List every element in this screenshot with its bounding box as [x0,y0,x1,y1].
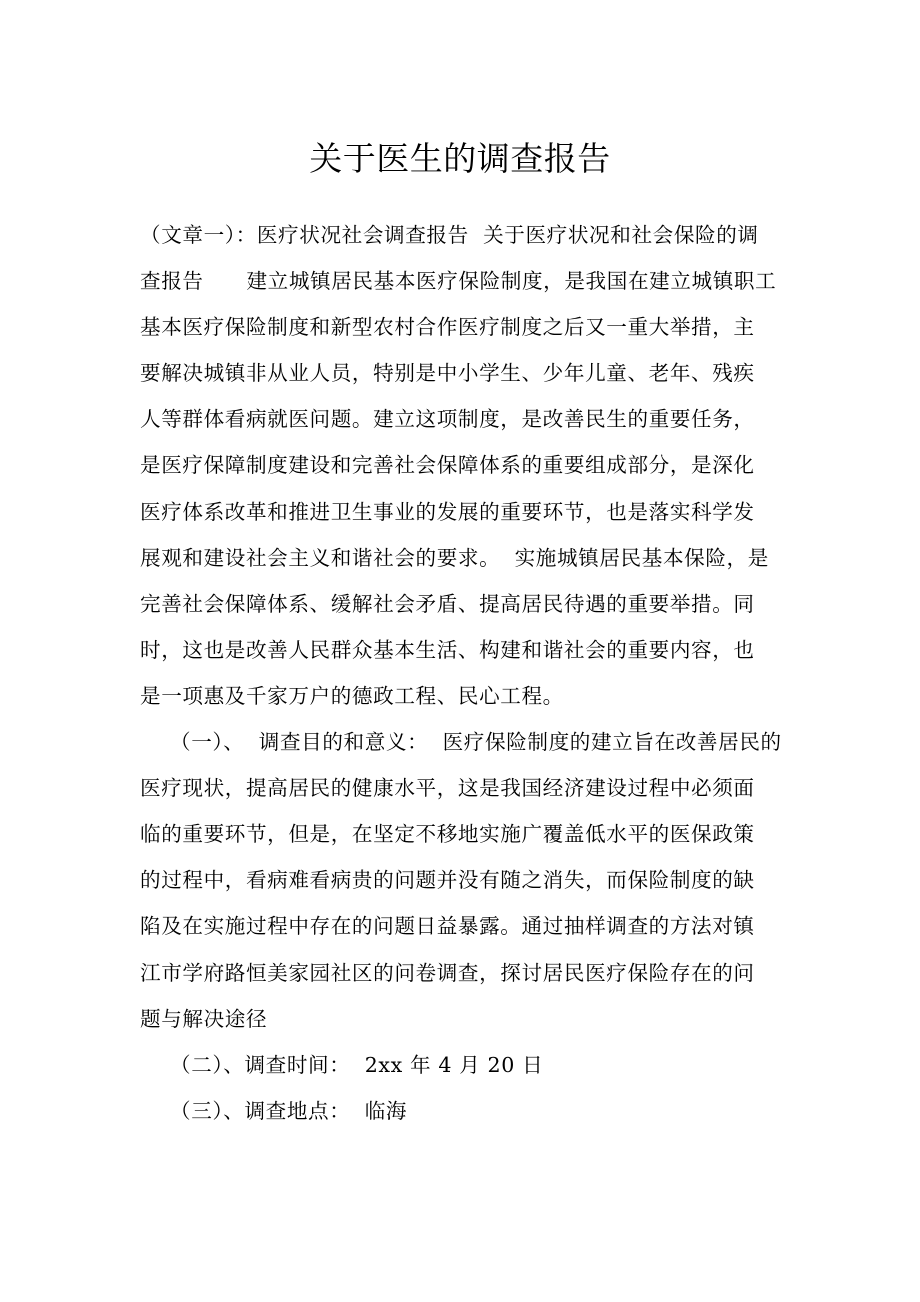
body-line: 基本医疗保险制度和新型农村合作医疗制度之后又一重大举措，主 [140,304,785,350]
body-line: 查报告 建立城镇居民基本医疗保险制度，是我国在建立城镇职工 [140,258,785,304]
document-page: 关于医生的调查报告 （文章一）：医疗状况社会调查报告 关于医疗状况和社会保险的调… [0,0,920,1302]
body-line: 题与解决途径 [140,996,785,1042]
body-line: （文章一）：医疗状况社会调查报告 关于医疗状况和社会保险的调 [140,212,785,258]
body-line: 的过程中，看病难看病贵的问题并没有随之消失，而保险制度的缺 [140,857,785,903]
body-line: 展观和建设社会主义和谐社会的要求。 实施城镇居民基本保险，是 [140,535,785,581]
body-line: 江市学府路恒美家园社区的问卷调查，探讨居民医疗保险存在的问 [140,950,785,996]
body-line: 人等群体看病就医问题。建立这项制度，是改善民生的重要任务， [140,396,785,442]
section-heading-location: （三）、调查地点： 临海 [140,1088,785,1134]
body-line: 完善社会保障体系、缓解社会矛盾、提高居民待遇的重要举措。同 [140,581,785,627]
document-title: 关于医生的调查报告 [0,136,920,182]
section-heading-purpose: （一）、 调查目的和意义： 医疗保险制度的建立旨在改善居民的 [140,719,785,765]
body-line: 时，这也是改善人民群众基本生活、构建和谐社会的重要内容，也 [140,627,785,673]
body-line: 是医疗保障制度建设和完善社会保障体系的重要组成部分，是深化 [140,442,785,488]
section-heading-time: （二）、调查时间： 2xx 年 4 月 20 日 [140,1042,785,1088]
body-line: 医疗体系改革和推进卫生事业的发展的重要环节，也是落实科学发 [140,489,785,535]
body-line: 要解决城镇非从业人员，特别是中小学生、少年儿童、老年、残疾 [140,350,785,396]
body-line: 医疗现状，提高居民的健康水平，这是我国经济建设过程中必须面 [140,765,785,811]
body-line: 陷及在实施过程中存在的问题日益暴露。通过抽样调查的方法对镇 [140,903,785,949]
body-line: 是一项惠及千家万户的德政工程、民心工程。 [140,673,785,719]
document-body: （文章一）：医疗状况社会调查报告 关于医疗状况和社会保险的调 查报告 建立城镇居… [140,212,785,1134]
body-line: 临的重要环节，但是，在坚定不移地实施广覆盖低水平的医保政策 [140,811,785,857]
